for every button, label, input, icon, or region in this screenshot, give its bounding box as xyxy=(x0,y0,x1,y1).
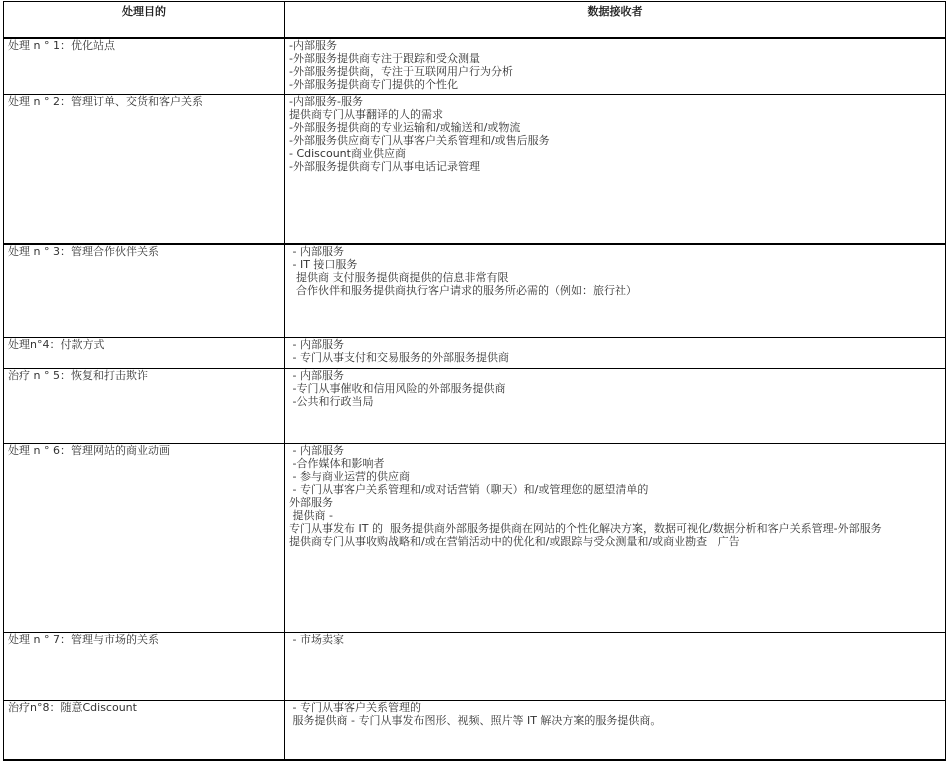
recipients-cell: - 内部服务 -专门从事催收和信用风险的外部服务提供商 -公共和行政当局 xyxy=(285,369,946,444)
recipient-line: - 内部服务 xyxy=(289,245,941,258)
table-row: 处理 n ° 6：管理网站的商业动画 - 内部服务 -合作媒体和影响者 - 参与… xyxy=(4,444,946,633)
purpose-cell: 处理 n ° 2：管理订单、交货和客户关系 xyxy=(4,95,285,245)
header-purpose: 处理目的 xyxy=(4,2,285,39)
purpose-cell: 治疗 n ° 5：恢复和打击欺诈 xyxy=(4,369,285,444)
recipient-line: - 市场卖家 xyxy=(289,633,941,646)
purpose-cell: 处理 n ° 7：管理与市场的关系 xyxy=(4,633,285,701)
recipients-cell: -内部服务 -外部服务提供商专注于跟踪和受众测量 -外部服务提供商，专注于互联网… xyxy=(285,38,946,95)
table-row: 处理 n ° 2：管理订单、交货和客户关系 -内部服务-服务 提供商专门从事翻译… xyxy=(4,95,946,245)
recipient-line: - 参与商业运营的供应商 xyxy=(289,470,941,483)
table-row: 处理 n ° 3：管理合作伙伴关系 - 内部服务 - IT 接口服务 提供商 支… xyxy=(4,244,946,338)
recipient-line: -公共和行政当局 xyxy=(289,395,941,408)
recipient-line: 外部服务 xyxy=(289,496,941,509)
recipient-line: 提供商专门从事收购战略和/或在营销活动中的优化和/或跟踪与受众测量和/或商业勘查… xyxy=(289,535,941,548)
recipient-line: -外部服务提供商专门从事电话记录管理 xyxy=(289,160,941,173)
table-row: 处理 n ° 7：管理与市场的关系 - 市场卖家 xyxy=(4,633,946,701)
recipient-line: -外部服务提供商专门提供的个性化 xyxy=(289,78,941,91)
recipient-line: - 专门从事支付和交易服务的外部服务提供商 xyxy=(289,351,941,364)
purpose-cell: 处理 n ° 6：管理网站的商业动画 xyxy=(4,444,285,633)
recipient-line: 提供商专门从事翻译的人的需求 xyxy=(289,108,941,121)
recipient-line: - 内部服务 xyxy=(289,369,941,382)
recipient-line: - 内部服务 xyxy=(289,338,941,351)
recipient-line: - Cdiscount商业供应商 xyxy=(289,147,941,160)
recipients-cell: - 内部服务 - 专门从事支付和交易服务的外部服务提供商 xyxy=(285,338,946,369)
purpose-cell: 处理 n ° 3：管理合作伙伴关系 xyxy=(4,244,285,338)
recipients-cell: - 内部服务 - IT 接口服务 提供商 支付服务提供商提供的信息非常有限 合作… xyxy=(285,244,946,338)
purpose-cell: 处理 n ° 1：优化站点 xyxy=(4,38,285,95)
recipients-cell: -内部服务-服务 提供商专门从事翻译的人的需求 -外部服务提供商的专业运输和/或… xyxy=(285,95,946,245)
recipient-line: -合作媒体和影响者 xyxy=(289,457,941,470)
recipient-line: 合作伙伴和服务提供商执行客户请求的服务所必需的（例如：旅行社） xyxy=(289,284,941,297)
recipient-line: - 内部服务 xyxy=(289,444,941,457)
recipient-line: -内部服务 xyxy=(289,39,941,52)
purpose-cell: 处理n°4：付款方式 xyxy=(4,338,285,369)
recipient-line: -外部服务供应商专门从事客户关系管理和/或售后服务 xyxy=(289,134,941,147)
table-row: 处理n°4：付款方式 - 内部服务 - 专门从事支付和交易服务的外部服务提供商 xyxy=(4,338,946,369)
recipients-cell: - 内部服务 -合作媒体和影响者 - 参与商业运营的供应商 - 专门从事客户关系… xyxy=(285,444,946,633)
table-row: 治疗n°8：随意Cdiscount - 专门从事客户关系管理的 服务提供商 - … xyxy=(4,701,946,761)
recipient-line: - 专门从事客户关系管理和/或对话营销（聊天）和/或管理您的愿望清单的 xyxy=(289,483,941,496)
recipient-line: -外部服务提供商的专业运输和/或输送和/或物流 xyxy=(289,121,941,134)
recipient-line: 专门从事发布 IT 的 服务提供商外部服务提供商在网站的个性化解决方案，数据可视… xyxy=(289,522,941,535)
recipient-line: - IT 接口服务 xyxy=(289,258,941,271)
header-recipients: 数据接收者 xyxy=(285,2,946,39)
recipient-line: 提供商 - xyxy=(289,509,941,522)
recipient-line: -外部服务提供商，专注于互联网用户行为分析 xyxy=(289,65,941,78)
data-recipients-table: 处理目的 数据接收者 处理 n ° 1：优化站点 -内部服务 -外部服务提供商专… xyxy=(3,1,946,761)
table-row: 治疗 n ° 5：恢复和打击欺诈 - 内部服务 -专门从事催收和信用风险的外部服… xyxy=(4,369,946,444)
recipient-line: 服务提供商 - 专门从事发布图形、视频、照片等 IT 解决方案的服务提供商。 xyxy=(289,714,941,727)
recipients-cell: - 市场卖家 xyxy=(285,633,946,701)
recipient-line: -外部服务提供商专注于跟踪和受众测量 xyxy=(289,52,941,65)
recipient-line: -内部服务-服务 xyxy=(289,95,941,108)
recipient-line: 提供商 支付服务提供商提供的信息非常有限 xyxy=(289,271,941,284)
table-header-row: 处理目的 数据接收者 xyxy=(4,2,946,39)
recipients-cell: - 专门从事客户关系管理的 服务提供商 - 专门从事发布图形、视频、照片等 IT… xyxy=(285,701,946,761)
table-row: 处理 n ° 1：优化站点 -内部服务 -外部服务提供商专注于跟踪和受众测量 -… xyxy=(4,38,946,95)
purpose-cell: 治疗n°8：随意Cdiscount xyxy=(4,701,285,761)
recipient-line: -专门从事催收和信用风险的外部服务提供商 xyxy=(289,382,941,395)
recipient-line: - 专门从事客户关系管理的 xyxy=(289,701,941,714)
